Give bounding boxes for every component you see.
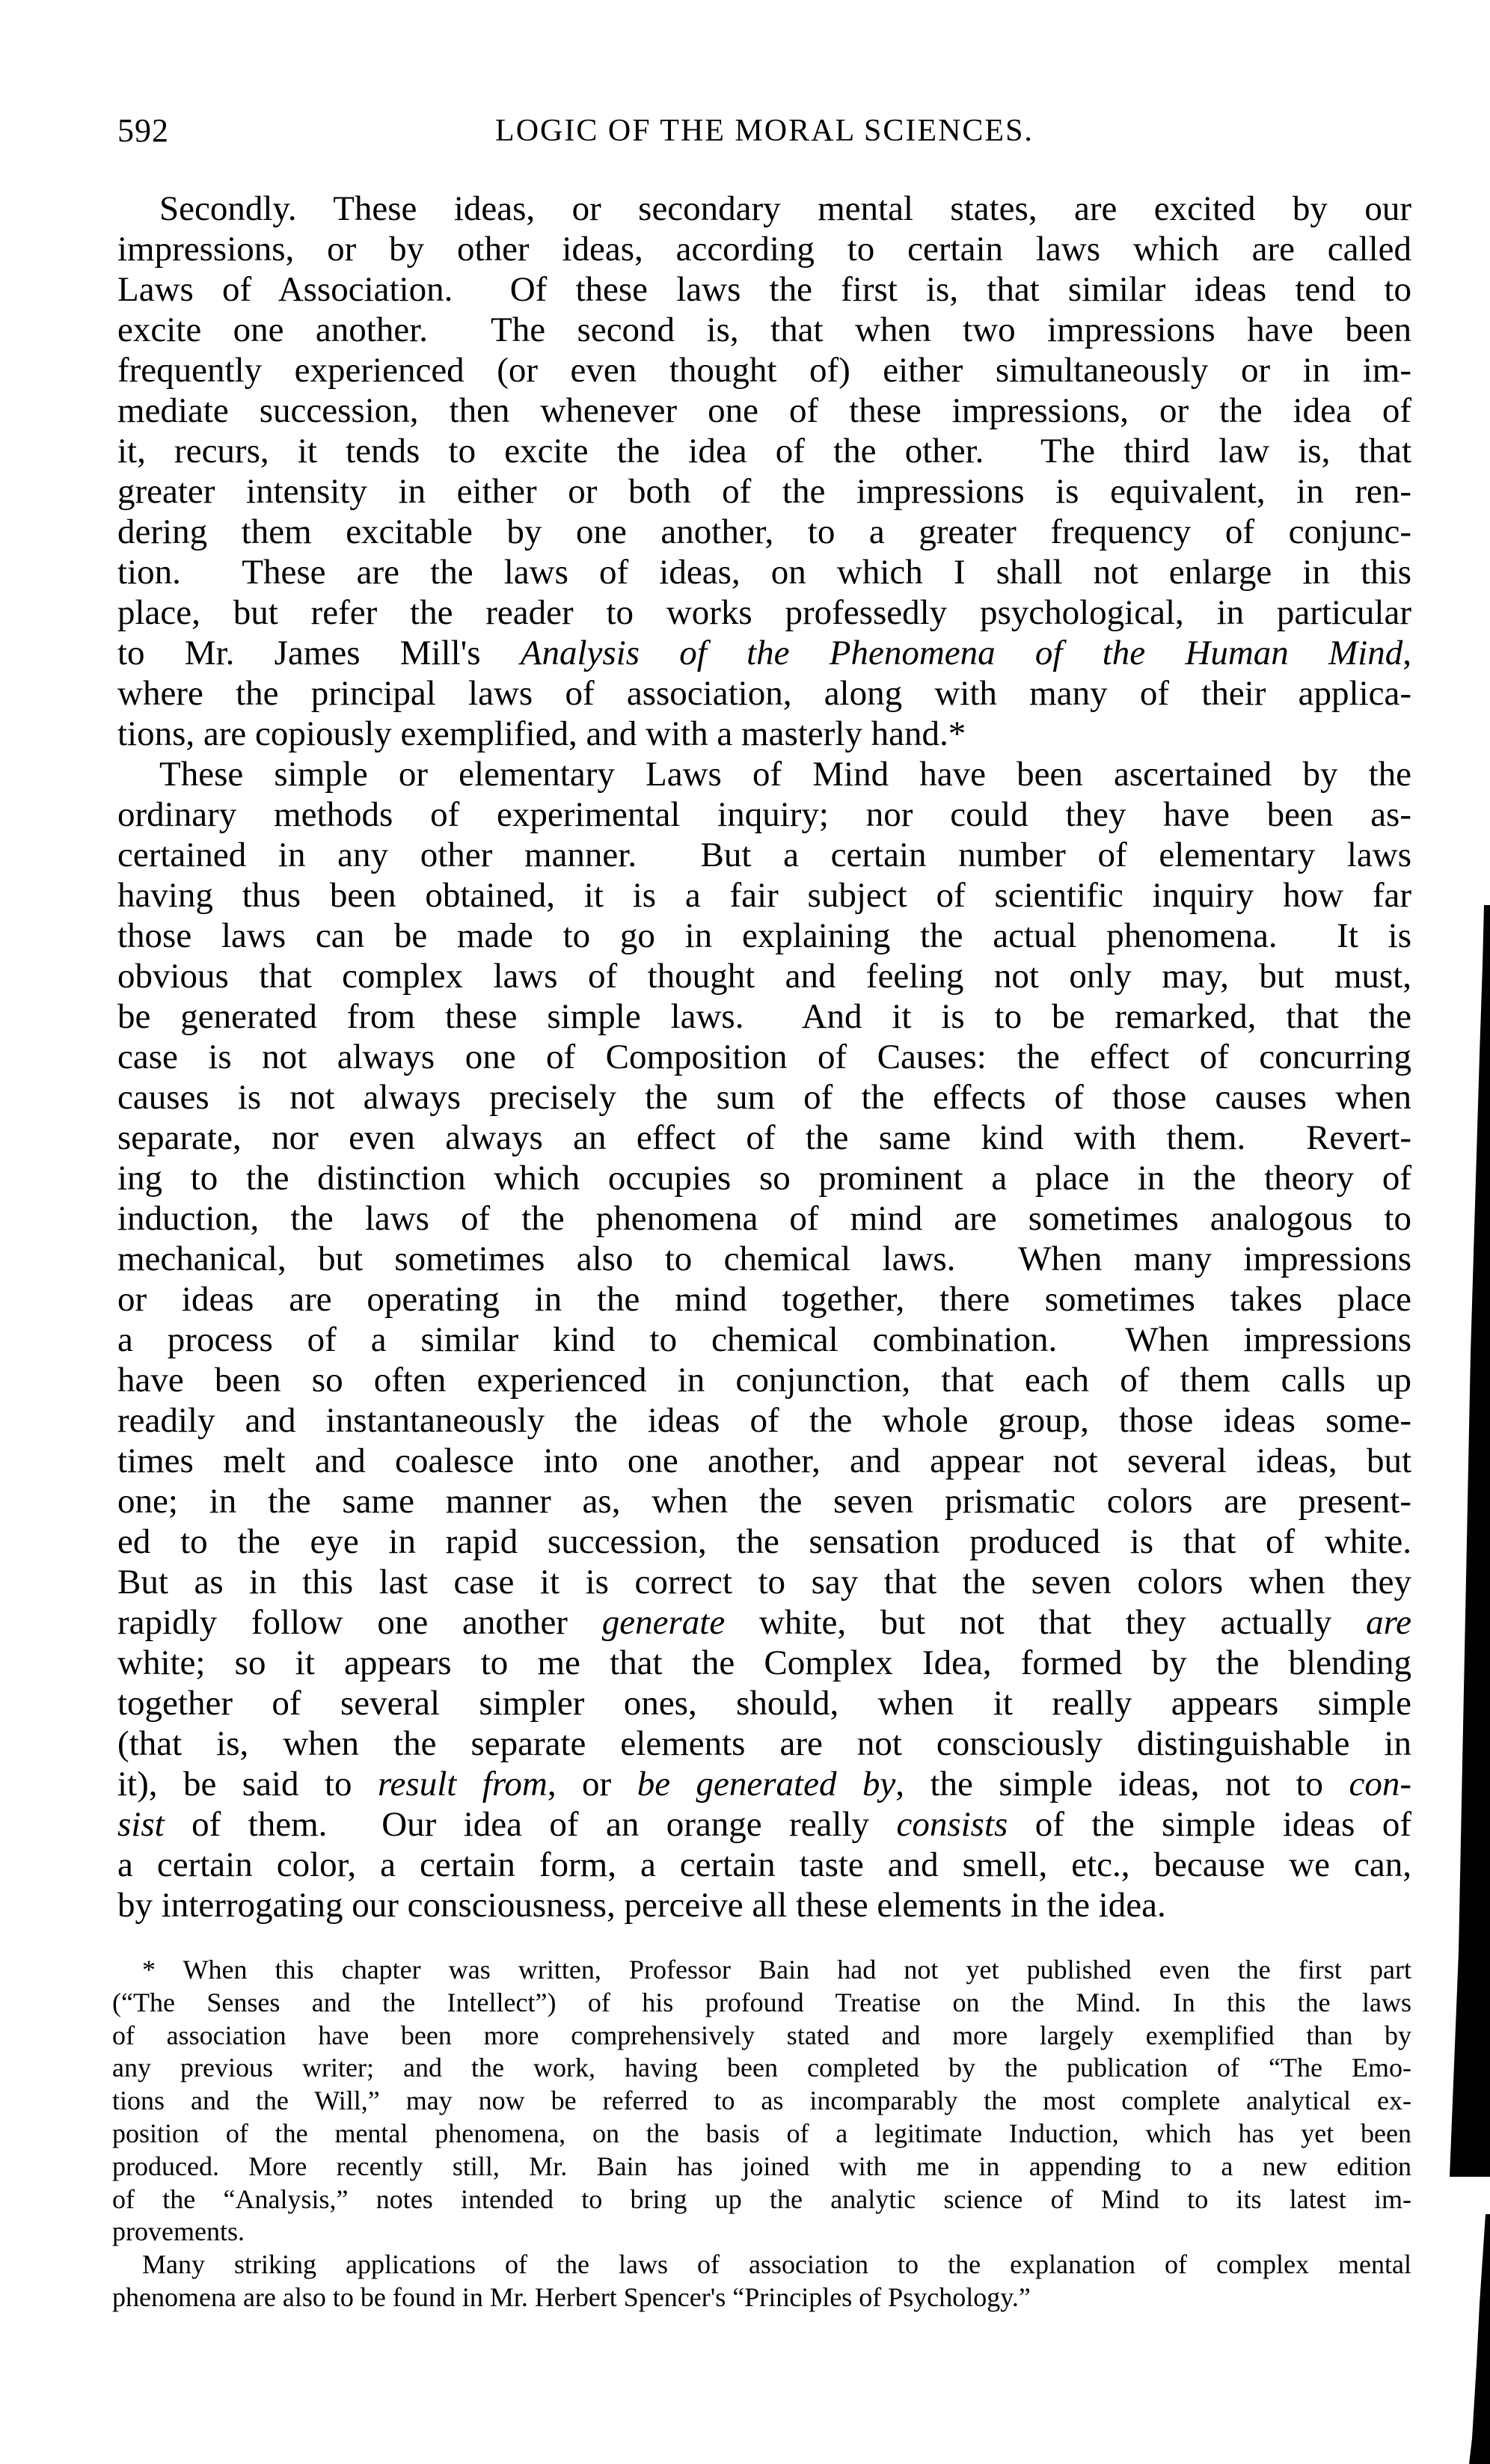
text-segment: readily and instantaneously the ideas of…	[117, 1401, 1411, 1440]
text-segment: excite one another. The second is, that …	[117, 310, 1411, 349]
text-segment: induction, the laws of the phenomena of …	[117, 1199, 1411, 1238]
footnote-line: any previous writer; and the work, havin…	[112, 2052, 1411, 2085]
text-segment: dering them excitable by one another, to…	[117, 512, 1411, 551]
text-segment: of the “Analysis,” notes intended to bri…	[112, 2184, 1411, 2214]
text-segment: to Mr. James Mill's	[117, 634, 521, 672]
text-segment: having thus been obtained, it is a fair …	[117, 876, 1411, 915]
text-segment: (“The Senses and the Intellect”) of his …	[112, 1988, 1411, 2017]
body-line: be generated from these simple laws. And…	[117, 996, 1411, 1037]
body-line: a certain color, a certain form, a certa…	[117, 1845, 1411, 1885]
text-segment: greater intensity in either or both of t…	[117, 472, 1411, 511]
page-number: 592	[117, 112, 169, 150]
italic-text: generate	[602, 1603, 725, 1642]
footnote-line: phenomena are also to be found in Mr. He…	[112, 2281, 1411, 2314]
text-segment: or ideas are operating in the mind toget…	[117, 1280, 1411, 1319]
text-segment: Secondly. These ideas, or secondary ment…	[159, 189, 1411, 228]
body-line: mechanical, but sometimes also to chemic…	[117, 1239, 1411, 1279]
body-line: frequently experienced (or even thought …	[117, 350, 1411, 390]
body-line: one; in the same manner as, when the sev…	[117, 1481, 1411, 1521]
body-line: dering them excitable by one another, to…	[117, 512, 1411, 552]
text-segment: together of several simpler ones, should…	[117, 1684, 1411, 1723]
body-line: ordinary methods of experimental inquiry…	[117, 794, 1411, 835]
body-line: induction, the laws of the phenomena of …	[117, 1198, 1411, 1239]
text-segment: frequently experienced (or even thought …	[117, 351, 1411, 390]
body-line: a process of a similar kind to chemical …	[117, 1320, 1411, 1360]
text-segment: place, but refer the reader to works pro…	[117, 593, 1411, 632]
text-segment: rapidly follow one another	[117, 1603, 602, 1642]
text-segment: it), be said to	[117, 1765, 378, 1803]
footnote-line: * When this chapter was written, Profess…	[112, 1954, 1411, 1987]
footnote-line: produced. More recently still, Mr. Bain …	[112, 2151, 1411, 2183]
footnote-line: Many striking applications of the laws o…	[112, 2249, 1411, 2281]
paragraph-2: These simple or elementary Laws of Mind …	[117, 754, 1411, 1925]
body-line: have been so often experienced in conjun…	[117, 1360, 1411, 1400]
text-segment: tions and the Will,” may now be referred…	[112, 2085, 1411, 2115]
body-line: tions, are copiously exemplified, and wi…	[117, 714, 1411, 754]
text-segment: position of the mental phenomena, on the…	[112, 2118, 1411, 2148]
text-segment: white; so it appears to me that the Comp…	[117, 1643, 1411, 1682]
text-segment: of the simple ideas of	[1008, 1805, 1411, 1844]
body-line: impressions, or by other ideas, accordin…	[117, 229, 1411, 269]
text-segment: provements.	[112, 2216, 245, 2246]
footnote-line: position of the mental phenomena, on the…	[112, 2118, 1411, 2151]
running-head: 592 LOGIC OF THE MORAL SCIENCES.	[117, 112, 1411, 150]
footnote-line: (“The Senses and the Intellect”) of his …	[112, 1987, 1411, 2020]
body-line: certained in any other manner. But a cer…	[117, 835, 1411, 875]
text-segment: impressions, or by other ideas, accordin…	[117, 230, 1411, 269]
scan-shadow-edge	[1445, 905, 1490, 2177]
text-segment: be generated from these simple laws. And…	[117, 997, 1411, 1036]
body-line: ed to the eye in rapid succession, the s…	[117, 1521, 1411, 1562]
text-segment: of association have been more comprehens…	[112, 2020, 1411, 2050]
text-segment: * When this chapter was written, Profess…	[142, 1955, 1411, 1985]
text-segment: ing to the distinction which occupies so…	[117, 1159, 1411, 1198]
body-line: place, but refer the reader to works pro…	[117, 592, 1411, 633]
text-segment: have been so often experienced in conjun…	[117, 1361, 1411, 1400]
body-line: But as in this last case it is correct t…	[117, 1562, 1411, 1602]
body-line: ing to the distinction which occupies so…	[117, 1158, 1411, 1198]
text-segment: Many striking applications of the laws o…	[142, 2249, 1411, 2279]
body-line: greater intensity in either or both of t…	[117, 471, 1411, 512]
footnote-2: Many striking applications of the laws o…	[112, 2249, 1411, 2314]
body-line: readily and instantaneously the ideas of…	[117, 1400, 1411, 1441]
text-segment: case is not always one of Composition of…	[117, 1038, 1411, 1076]
text-segment: certained in any other manner. But a cer…	[117, 836, 1411, 874]
footnote-line: tions and the Will,” may now be referred…	[112, 2085, 1411, 2118]
body-line: rapidly follow one another generate whit…	[117, 1602, 1411, 1643]
text-segment: ,	[1402, 634, 1411, 672]
text-segment: Laws of Association. Of these laws the f…	[117, 270, 1411, 309]
text-segment: mediate succession, then whenever one of…	[117, 391, 1411, 430]
text-segment: where the principal laws of association,…	[117, 674, 1411, 713]
body-line: These simple or elementary Laws of Mind …	[117, 754, 1411, 794]
text-segment: a certain color, a certain form, a certa…	[117, 1845, 1411, 1884]
text-segment: (that is, when the separate elements are…	[117, 1724, 1411, 1763]
body-line: by interrogating our consciousness, perc…	[117, 1885, 1411, 1925]
footnote-1: * When this chapter was written, Profess…	[112, 1954, 1411, 2249]
body-line: excite one another. The second is, that …	[117, 310, 1411, 350]
body-line: Laws of Association. Of these laws the f…	[117, 269, 1411, 310]
italic-text: con-	[1349, 1765, 1412, 1803]
body-line: those laws can be made to go in explaini…	[117, 916, 1411, 956]
italic-text: are	[1366, 1603, 1411, 1642]
text-segment: , or	[548, 1765, 637, 1803]
text-segment: ed to the eye in rapid succession, the s…	[117, 1522, 1411, 1561]
body-line: where the principal laws of association,…	[117, 673, 1411, 714]
body-line: case is not always one of Composition of…	[117, 1037, 1411, 1077]
text-segment: it, recurs, it tends to excite the idea …	[117, 432, 1411, 471]
text-segment: separate, nor even always an effect of t…	[117, 1118, 1411, 1157]
text-segment: obvious that complex laws of thought and…	[117, 957, 1411, 996]
text-segment: , the simple ideas, not to	[895, 1765, 1349, 1803]
text-segment: produced. More recently still, Mr. Bain …	[112, 2151, 1411, 2181]
body-line: times melt and coalesce into one another…	[117, 1441, 1411, 1481]
text-segment: of them. Our idea of an orange really	[165, 1805, 897, 1844]
body-line: together of several simpler ones, should…	[117, 1683, 1411, 1723]
body-line: it), be said to result from, or be gener…	[117, 1764, 1411, 1804]
body-line: tion. These are the laws of ideas, on wh…	[117, 552, 1411, 592]
text-segment: a process of a similar kind to chemical …	[117, 1320, 1411, 1359]
footnote-line: of the “Analysis,” notes intended to bri…	[112, 2183, 1411, 2216]
footnote-line: provements.	[112, 2216, 1411, 2249]
body-line: obvious that complex laws of thought and…	[117, 956, 1411, 996]
running-head-title: LOGIC OF THE MORAL SCIENCES.	[467, 112, 1062, 150]
text-segment: tions, are copiously exemplified, and wi…	[117, 714, 966, 753]
text-segment: one; in the same manner as, when the sev…	[117, 1482, 1411, 1521]
footnotes: * When this chapter was written, Profess…	[112, 1954, 1411, 2314]
scan-shadow-edge-lower	[1460, 2214, 1490, 2464]
italic-text: be generated by	[637, 1765, 896, 1803]
text-segment: by interrogating our consciousness, perc…	[117, 1886, 1166, 1925]
body-line: mediate succession, then whenever one of…	[117, 390, 1411, 431]
body-line: white; so it appears to me that the Comp…	[117, 1643, 1411, 1683]
text-segment: tion. These are the laws of ideas, on wh…	[117, 553, 1411, 592]
book-page: 592 LOGIC OF THE MORAL SCIENCES. Secondl…	[0, 0, 1490, 2464]
text-segment: white, but not that they actually	[725, 1603, 1366, 1642]
body-line: (that is, when the separate elements are…	[117, 1723, 1411, 1764]
text-segment: phenomena are also to be found in Mr. He…	[112, 2282, 1031, 2312]
body-line: Secondly. These ideas, or secondary ment…	[117, 189, 1411, 229]
body-line: to Mr. James Mill's Analysis of the Phen…	[117, 633, 1411, 673]
body-line: having thus been obtained, it is a fair …	[117, 875, 1411, 916]
body-line: sist of them. Our idea of an orange real…	[117, 1804, 1411, 1845]
italic-text: sist	[117, 1805, 165, 1844]
italic-text: Analysis of the Phenomena of the Human M…	[521, 634, 1402, 672]
text-segment: These simple or elementary Laws of Mind …	[159, 755, 1411, 794]
text-segment: times melt and coalesce into one another…	[117, 1441, 1411, 1480]
body-line: causes is not always precisely the sum o…	[117, 1077, 1411, 1118]
footnote-line: of association have been more comprehens…	[112, 2020, 1411, 2053]
italic-text: result from	[378, 1765, 548, 1803]
paragraph-1: Secondly. These ideas, or secondary ment…	[117, 189, 1411, 754]
body-line: or ideas are operating in the mind toget…	[117, 1279, 1411, 1320]
text-segment: those laws can be made to go in explaini…	[117, 916, 1411, 955]
text-segment: causes is not always precisely the sum o…	[117, 1078, 1411, 1117]
text-segment: any previous writer; and the work, havin…	[112, 2053, 1411, 2083]
italic-text: consists	[896, 1805, 1008, 1844]
body-line: it, recurs, it tends to excite the idea …	[117, 431, 1411, 471]
body-line: separate, nor even always an effect of t…	[117, 1118, 1411, 1158]
text-segment: mechanical, but sometimes also to chemic…	[117, 1239, 1411, 1278]
text-segment: But as in this last case it is correct t…	[117, 1563, 1411, 1602]
text-segment: ordinary methods of experimental inquiry…	[117, 795, 1411, 834]
body-text: Secondly. These ideas, or secondary ment…	[117, 189, 1411, 1925]
